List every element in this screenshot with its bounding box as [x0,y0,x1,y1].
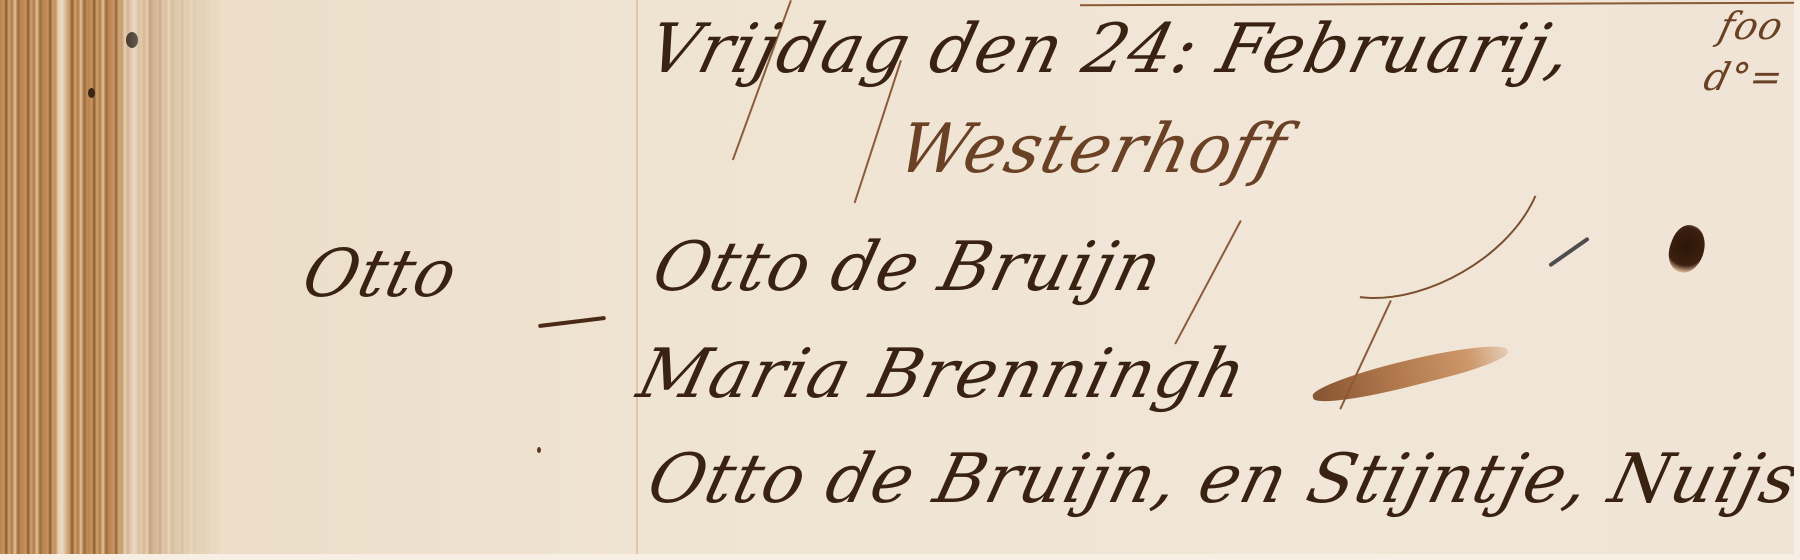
pencil-mark [1548,237,1590,268]
ditto-mark: d°= [1700,55,1789,99]
column-divider [636,0,638,560]
margin-dash [538,316,606,328]
page-edge-highlight [120,0,148,560]
pen-stroke [1174,220,1241,345]
entry-date: Vrijdag den 24: Februarij, [640,10,1581,89]
book-binding-edge [0,0,220,560]
ink-blot [1663,221,1711,278]
margin-name: Otto [295,235,465,312]
page-edge-highlight [55,0,69,560]
father-name: Otto de Bruijn [645,228,1170,307]
ink-smear [1310,336,1510,410]
binding-hole [88,88,95,98]
witnesses: Otto de Bruijn, en Stijntje, Nuijst [640,440,1800,519]
binding-hole [126,32,138,48]
officiant-name: Westerhoff [890,110,1294,189]
page-right-edge [1794,0,1800,560]
pen-flourish [1267,65,1578,339]
ink-dot [537,447,541,453]
page-bottom-edge [0,554,1800,560]
ruled-line [1080,2,1800,7]
register-page: Otto Vrijdag den 24: Februarij, foo d°= … [0,0,1800,560]
mother-name: Maria Brenningh [630,335,1254,414]
page-reference: foo [1715,4,1789,48]
